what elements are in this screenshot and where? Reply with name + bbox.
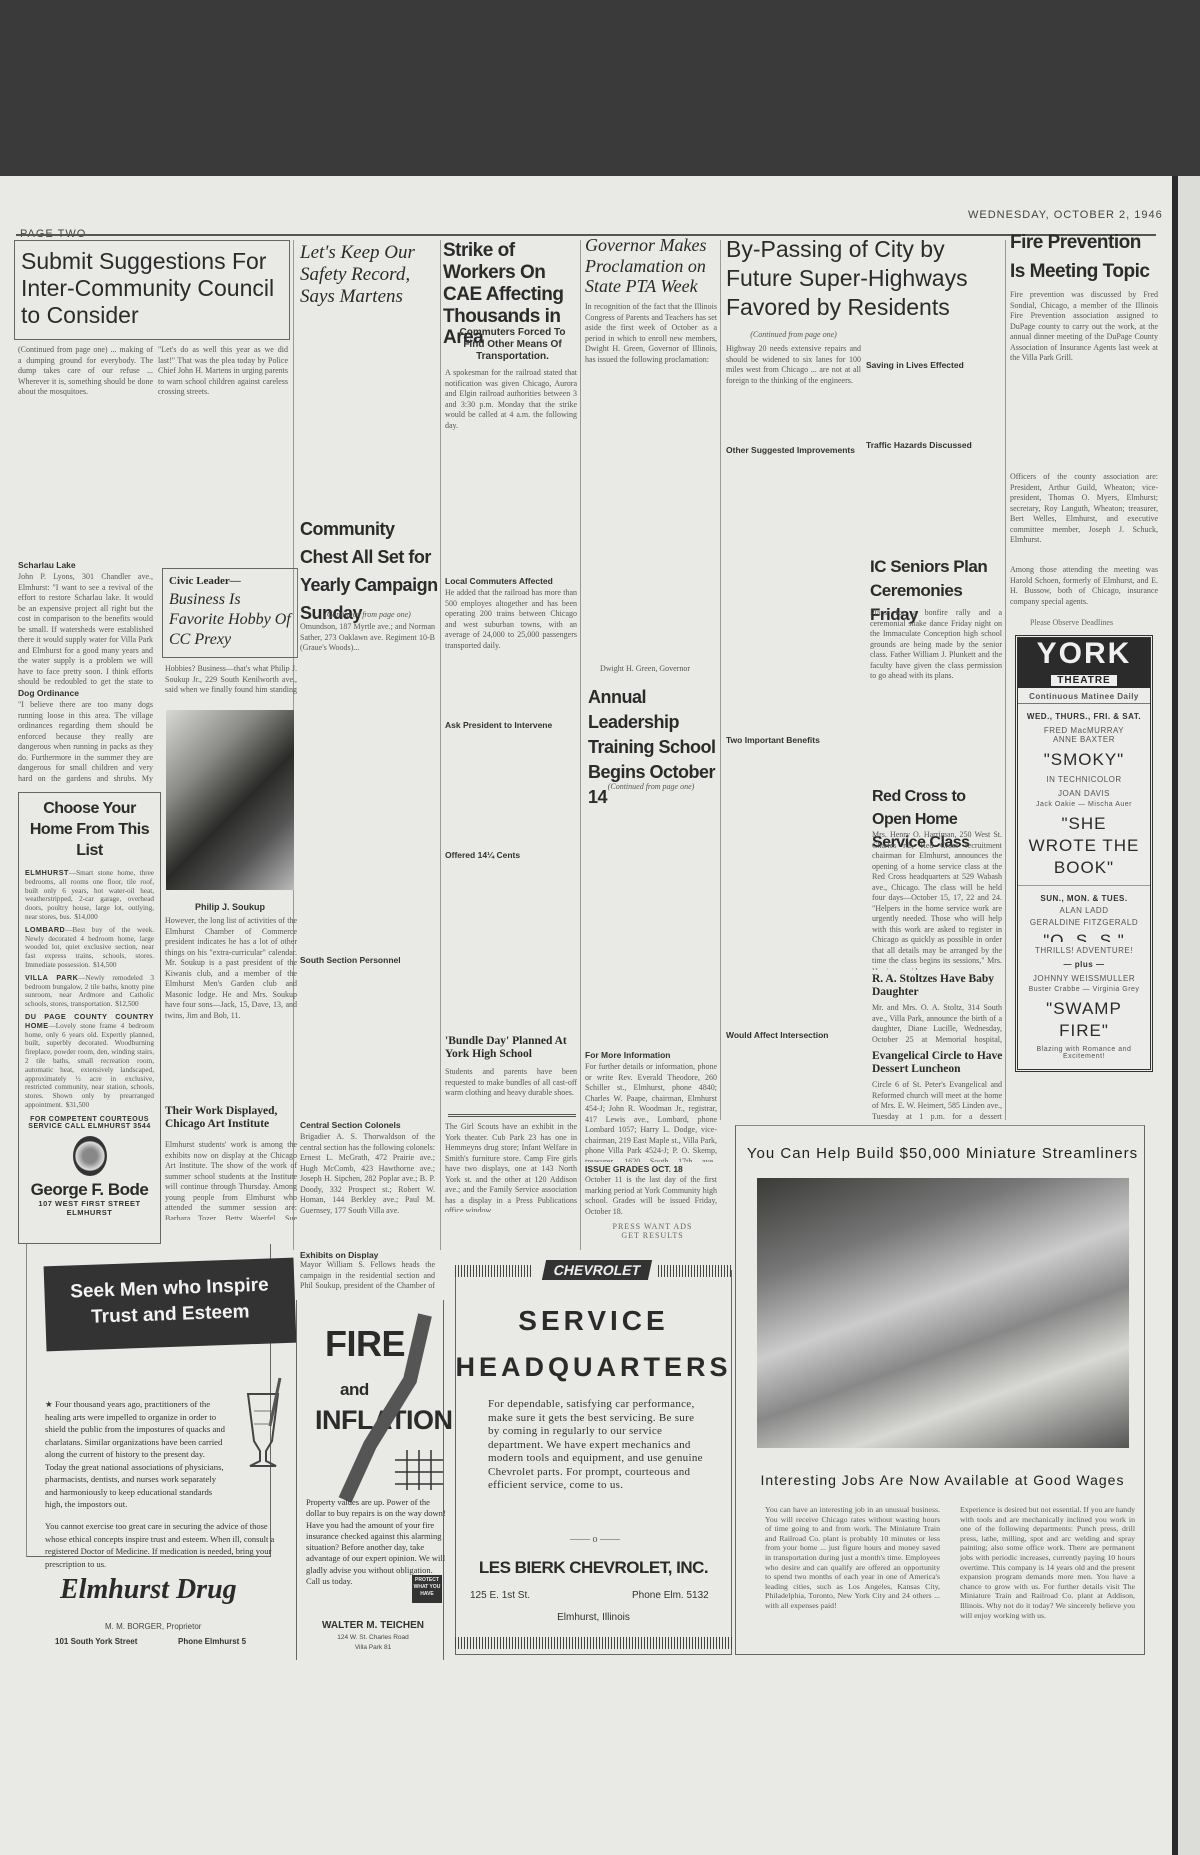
column-divider	[580, 240, 581, 1250]
dealer-phone: Phone Elm. 5132	[632, 1590, 709, 1601]
movie-title-swamp-fire: "SWAMP FIRE"	[1018, 998, 1150, 1042]
movie-title-she-wrote-the-book: "SHE WROTE THE BOOK"	[1018, 813, 1150, 886]
listing-town: VILLA PARK	[25, 973, 78, 982]
protect-badge: PROTECT WHAT YOU HAVE	[412, 1575, 442, 1603]
girl-scouts-body: The Girl Scouts have an exhibit in the Y…	[445, 1122, 577, 1212]
pta-signature: Dwight H. Green, Governor	[600, 664, 720, 676]
listing-price: $31,500	[66, 1101, 89, 1109]
pta-week-headline: Governor Makes Proclamation on State PTA…	[585, 235, 717, 297]
subhead-saving-lives: Saving in Lives Effected	[866, 360, 964, 370]
insurance-city: Villa Park 81	[303, 1644, 443, 1651]
stoltz-headline: R. A. Stoltzes Have Baby Daughter	[872, 973, 1004, 999]
movie-title-smoky: "SMOKY"	[1018, 750, 1150, 770]
pta-week-body: In recognition of the fact that the Illi…	[585, 302, 717, 602]
strike-body: A spokesman for the railroad stated that…	[445, 368, 577, 508]
subhead-traffic-hazards: Traffic Hazards Discussed	[866, 440, 972, 450]
fire-inflation-body: Property values are up. Power of the dol…	[306, 1497, 446, 1587]
drug-ad-body1: ★ Four thousand years ago, practitioners…	[45, 1398, 225, 1511]
service-headline: SERVICE	[455, 1305, 732, 1337]
oss-tagline: THRILLS! ADVENTURE!	[1018, 946, 1150, 955]
listing-price: $14,000	[74, 913, 97, 921]
program3-days: SUN., MON. & TUES.	[1018, 894, 1150, 903]
drug-ad-banner: Seek Men who Inspire Trust and Esteem	[44, 1258, 297, 1352]
art-institute-headline: Their Work Displayed, Chicago Art Instit…	[165, 1105, 305, 1131]
civic-leader-headline: Business Is Favorite Hobby Of CC Prexy	[169, 590, 297, 650]
red-cross-body: Mrs. Henry O. Harriman, 250 West St. Cha…	[872, 830, 1002, 970]
plus-divider: — plus —	[1018, 960, 1150, 969]
strike-deck: Commuters Forced To Find Other Means Of …	[450, 327, 575, 363]
star-name: Buster Crabbe — Virginia Grey	[1018, 986, 1150, 993]
evangelical-headline: Evangelical Circle to Have Dessert Lunch…	[872, 1050, 1004, 1076]
central-section-body: Brigadier A. S. Thorwaldson of the centr…	[300, 1132, 435, 1237]
star-name: Jack Oakie — Mischa Auer	[1018, 801, 1150, 808]
service-line: FOR COMPETENT COURTEOUS SERVICE CALL ELM…	[19, 1116, 160, 1130]
streamliners-headline: You Can Help Build $50,000 Miniature Str…	[745, 1145, 1140, 1162]
bundle-day-headline: 'Bundle Day' Planned At York High School	[445, 1035, 580, 1061]
more-info-body: For further details or information, phon…	[585, 1062, 717, 1162]
listing-item: LOMBARD—Best buy of the week. Newly deco…	[25, 926, 154, 970]
filler-deadlines: Please Observe Deadlines	[1030, 618, 1113, 627]
listings-list: ELMHURST—Smart stone home, three bedroom…	[19, 861, 160, 1110]
chevrolet-bowtie-label: CHEVROLET	[542, 1260, 653, 1280]
drug-proprietor: M. M. BORGER, Proprietor	[105, 1622, 201, 1631]
dealer-name: LES BIERK CHEVROLET, INC.	[455, 1558, 732, 1578]
adjacent-page-edge	[1172, 176, 1200, 1855]
civic-leader-headline-box: Civic Leader— Business Is Favorite Hobby…	[162, 568, 298, 658]
dealer-address: 125 E. 1st St.	[470, 1590, 530, 1601]
real-estate-ad: Choose Your Home From This List ELMHURST…	[18, 792, 161, 1244]
star-name: ALAN LADD	[1018, 906, 1150, 915]
stoltz-body: Mr. and Mrs. O. A. Stoltz, 314 South ave…	[872, 1003, 1002, 1045]
inter-community-body: (Continued from page one) ... making of …	[18, 345, 153, 560]
art-institute-body: Elmhurst students' work is among the exh…	[165, 1140, 297, 1220]
york-theatre-ad: YORK THEATRE Continuous Matinee Daily WE…	[1015, 635, 1153, 945]
subhead-ask-president: Ask President to Intervene	[445, 720, 552, 730]
agent-address: 107 WEST FIRST STREET	[19, 1199, 160, 1208]
fire-prevention-closing: Among those attending the meeting was Ha…	[1010, 565, 1158, 607]
listing-description: Lovely stone frame 4 bedroom home, only …	[25, 1022, 154, 1109]
subhead-more-info: For More Information	[585, 1050, 670, 1060]
exhibits-body: Mayor William S. Fellows heads the campa…	[300, 1260, 435, 1292]
subhead-other-improvements: Other Suggested Improvements	[726, 445, 855, 455]
ornament-divider: —— o ——	[565, 1534, 625, 1545]
star-name: JOAN DAVIS	[1018, 789, 1150, 798]
civic-leader-body: Hobbies? Business—that's what Philip J. …	[165, 664, 297, 696]
inter-community-headline: Submit Suggestions For Inter-Community C…	[15, 241, 289, 336]
chevrolet-logo: CHEVROLET	[540, 1260, 655, 1280]
civic-leader-kicker: Civic Leader—	[169, 575, 297, 588]
dealer-city: Elmhurst, Illinois	[455, 1612, 732, 1623]
column-divider	[1005, 240, 1006, 1120]
section-rule	[448, 1114, 576, 1117]
realtor-seal-icon	[73, 1136, 107, 1176]
community-chest-body: Omundson, 187 Myrtle ave.; and Norman Sa…	[300, 622, 435, 942]
york-logo: YORK	[1018, 638, 1150, 670]
grid-chart-icon	[395, 1450, 445, 1492]
jobs-subhead: Interesting Jobs Are Now Available at Go…	[745, 1472, 1140, 1488]
real-estate-headline: Choose Your Home From This List	[19, 798, 160, 861]
subhead-local-commuters: Local Commuters Affected	[445, 576, 553, 586]
subhead-south-section: South Section Personnel	[300, 955, 401, 965]
grades-headline: ISSUE GRADES OCT. 18	[585, 1164, 683, 1174]
subhead-central-section: Central Section Colonels	[300, 1120, 401, 1130]
evangelical-body: Circle 6 of St. Peter's Evangelical and …	[872, 1080, 1002, 1122]
commuters-body: He added that the railroad has more than…	[445, 588, 577, 718]
mortar-glass-icon	[242, 1376, 292, 1476]
insurance-address: 124 W. St. Charles Road	[303, 1634, 443, 1641]
theatre-label: THEATRE	[1051, 675, 1116, 686]
star-name: FRED MacMURRAY	[1018, 726, 1150, 735]
subhead-affect-intersection: Would Affect Intersection	[726, 1030, 828, 1040]
bypassing-continued: (Continued from page one)	[726, 330, 861, 342]
safety-continued-body: "Let's do as well this year as we did la…	[158, 345, 288, 560]
streamliners-col1: You can have an interesting job in an un…	[765, 1505, 940, 1655]
star-name: JOHNNY WEISSMULLER	[1018, 974, 1150, 983]
dog-ordinance-body: "I believe there are too many dogs runni…	[18, 700, 153, 785]
subhead-scharlau: Scharlau Lake	[18, 560, 76, 570]
bundle-day-body: Students and parents have been requested…	[445, 1067, 577, 1107]
fire-prevention-headline: Fire Prevention Is Meeting Topic	[1010, 228, 1160, 286]
issue-date: WEDNESDAY, OCTOBER 2, 1946	[968, 209, 1163, 221]
ic-seniors-body: Plans for a bonfire rally and a ceremoni…	[870, 608, 1002, 748]
drug-store-name: Elmhurst Drug	[60, 1574, 237, 1606]
insurance-agent: WALTER M. TEICHEN	[303, 1620, 443, 1631]
chevrolet-body: For dependable, satisfying car performan…	[488, 1398, 703, 1493]
civic-leader-body2: However, the long list of activities of …	[165, 916, 297, 1096]
listing-town: LOMBARD	[25, 925, 65, 934]
drug-phone: Phone Elmhurst 5	[178, 1637, 246, 1646]
inter-community-headline-box: Submit Suggestions For Inter-Community C…	[14, 240, 290, 340]
bypassing-headline: By-Passing of City by Future Super-Highw…	[726, 235, 1006, 322]
decorative-hatch	[455, 1265, 532, 1277]
streamliners-col2: Experience is desired but not essential.…	[960, 1505, 1135, 1655]
listing-price: $14,500	[93, 961, 116, 969]
agent-name: George F. Bode	[19, 1180, 160, 1200]
community-chest-continued: (Continued from page one)	[300, 610, 435, 622]
star-name: GERALDINE FITZGERALD	[1018, 918, 1150, 927]
streamliner-workshop-photo	[757, 1178, 1129, 1448]
subhead-dog-ordinance: Dog Ordinance	[18, 688, 79, 698]
listing-item: DU PAGE COUNTY COUNTRY HOME—Lovely stone…	[25, 1013, 154, 1110]
fire-prevention-officers: Officers of the county association are: …	[1010, 472, 1158, 562]
program1-days: WED., THURS., FRI. & SAT.	[1018, 712, 1150, 721]
decorative-hatch	[658, 1265, 732, 1277]
swamp-fire-tagline: Blazing with Romance and Excitement!	[1018, 1046, 1150, 1060]
column-divider	[720, 240, 721, 1120]
listing-item: VILLA PARK—Newly remodeled 3 bedroom bun…	[25, 974, 154, 1009]
fire-prevention-body: Fire prevention was discussed by Fred So…	[1010, 290, 1158, 470]
drug-ad-body2: You cannot exercise too great care in se…	[45, 1520, 285, 1570]
listing-town: ELMHURST	[25, 868, 69, 877]
grades-body: October 11 is the last day of the first …	[585, 1175, 717, 1217]
annual-leadership-continued: (Continued from page one)	[585, 782, 717, 794]
scharlau-body: John P. Lyons, 301 Chandler ave., Elmhur…	[18, 572, 153, 687]
subhead-offered-cents: Offered 14¼ Cents	[445, 850, 520, 860]
headquarters-headline: HEADQUARTERS	[455, 1352, 732, 1383]
soukup-photo	[166, 710, 294, 890]
bypassing-body: Highway 20 needs extensive repairs and s…	[726, 344, 861, 734]
photo-caption: Philip J. Soukup	[166, 902, 294, 912]
listing-price: $12,500	[115, 1000, 138, 1008]
filler-press-want-ads: PRESS WANT ADS GET RESULTS	[610, 1222, 695, 1240]
safety-record-headline: Let's Keep Our Safety Record, Says Marte…	[300, 242, 435, 308]
agent-city: ELMHURST	[19, 1208, 160, 1217]
subhead-exhibits: Exhibits on Display	[300, 1250, 378, 1260]
subhead-two-benefits: Two Important Benefits	[726, 735, 820, 745]
matinee-tagline: Continuous Matinee Daily	[1018, 692, 1150, 704]
drug-address: 101 South York Street	[55, 1637, 137, 1646]
technicolor-note: IN TECHNICOLOR	[1018, 775, 1150, 784]
listing-item: ELMHURST—Smart stone home, three bedroom…	[25, 869, 154, 922]
york-theatre-ad-continued: THRILLS! ADVENTURE! — plus — JOHNNY WEIS…	[1015, 942, 1153, 1072]
column-divider	[440, 240, 441, 1250]
star-name: ANNE BAXTER	[1018, 735, 1150, 744]
decorative-hatch	[455, 1637, 732, 1649]
